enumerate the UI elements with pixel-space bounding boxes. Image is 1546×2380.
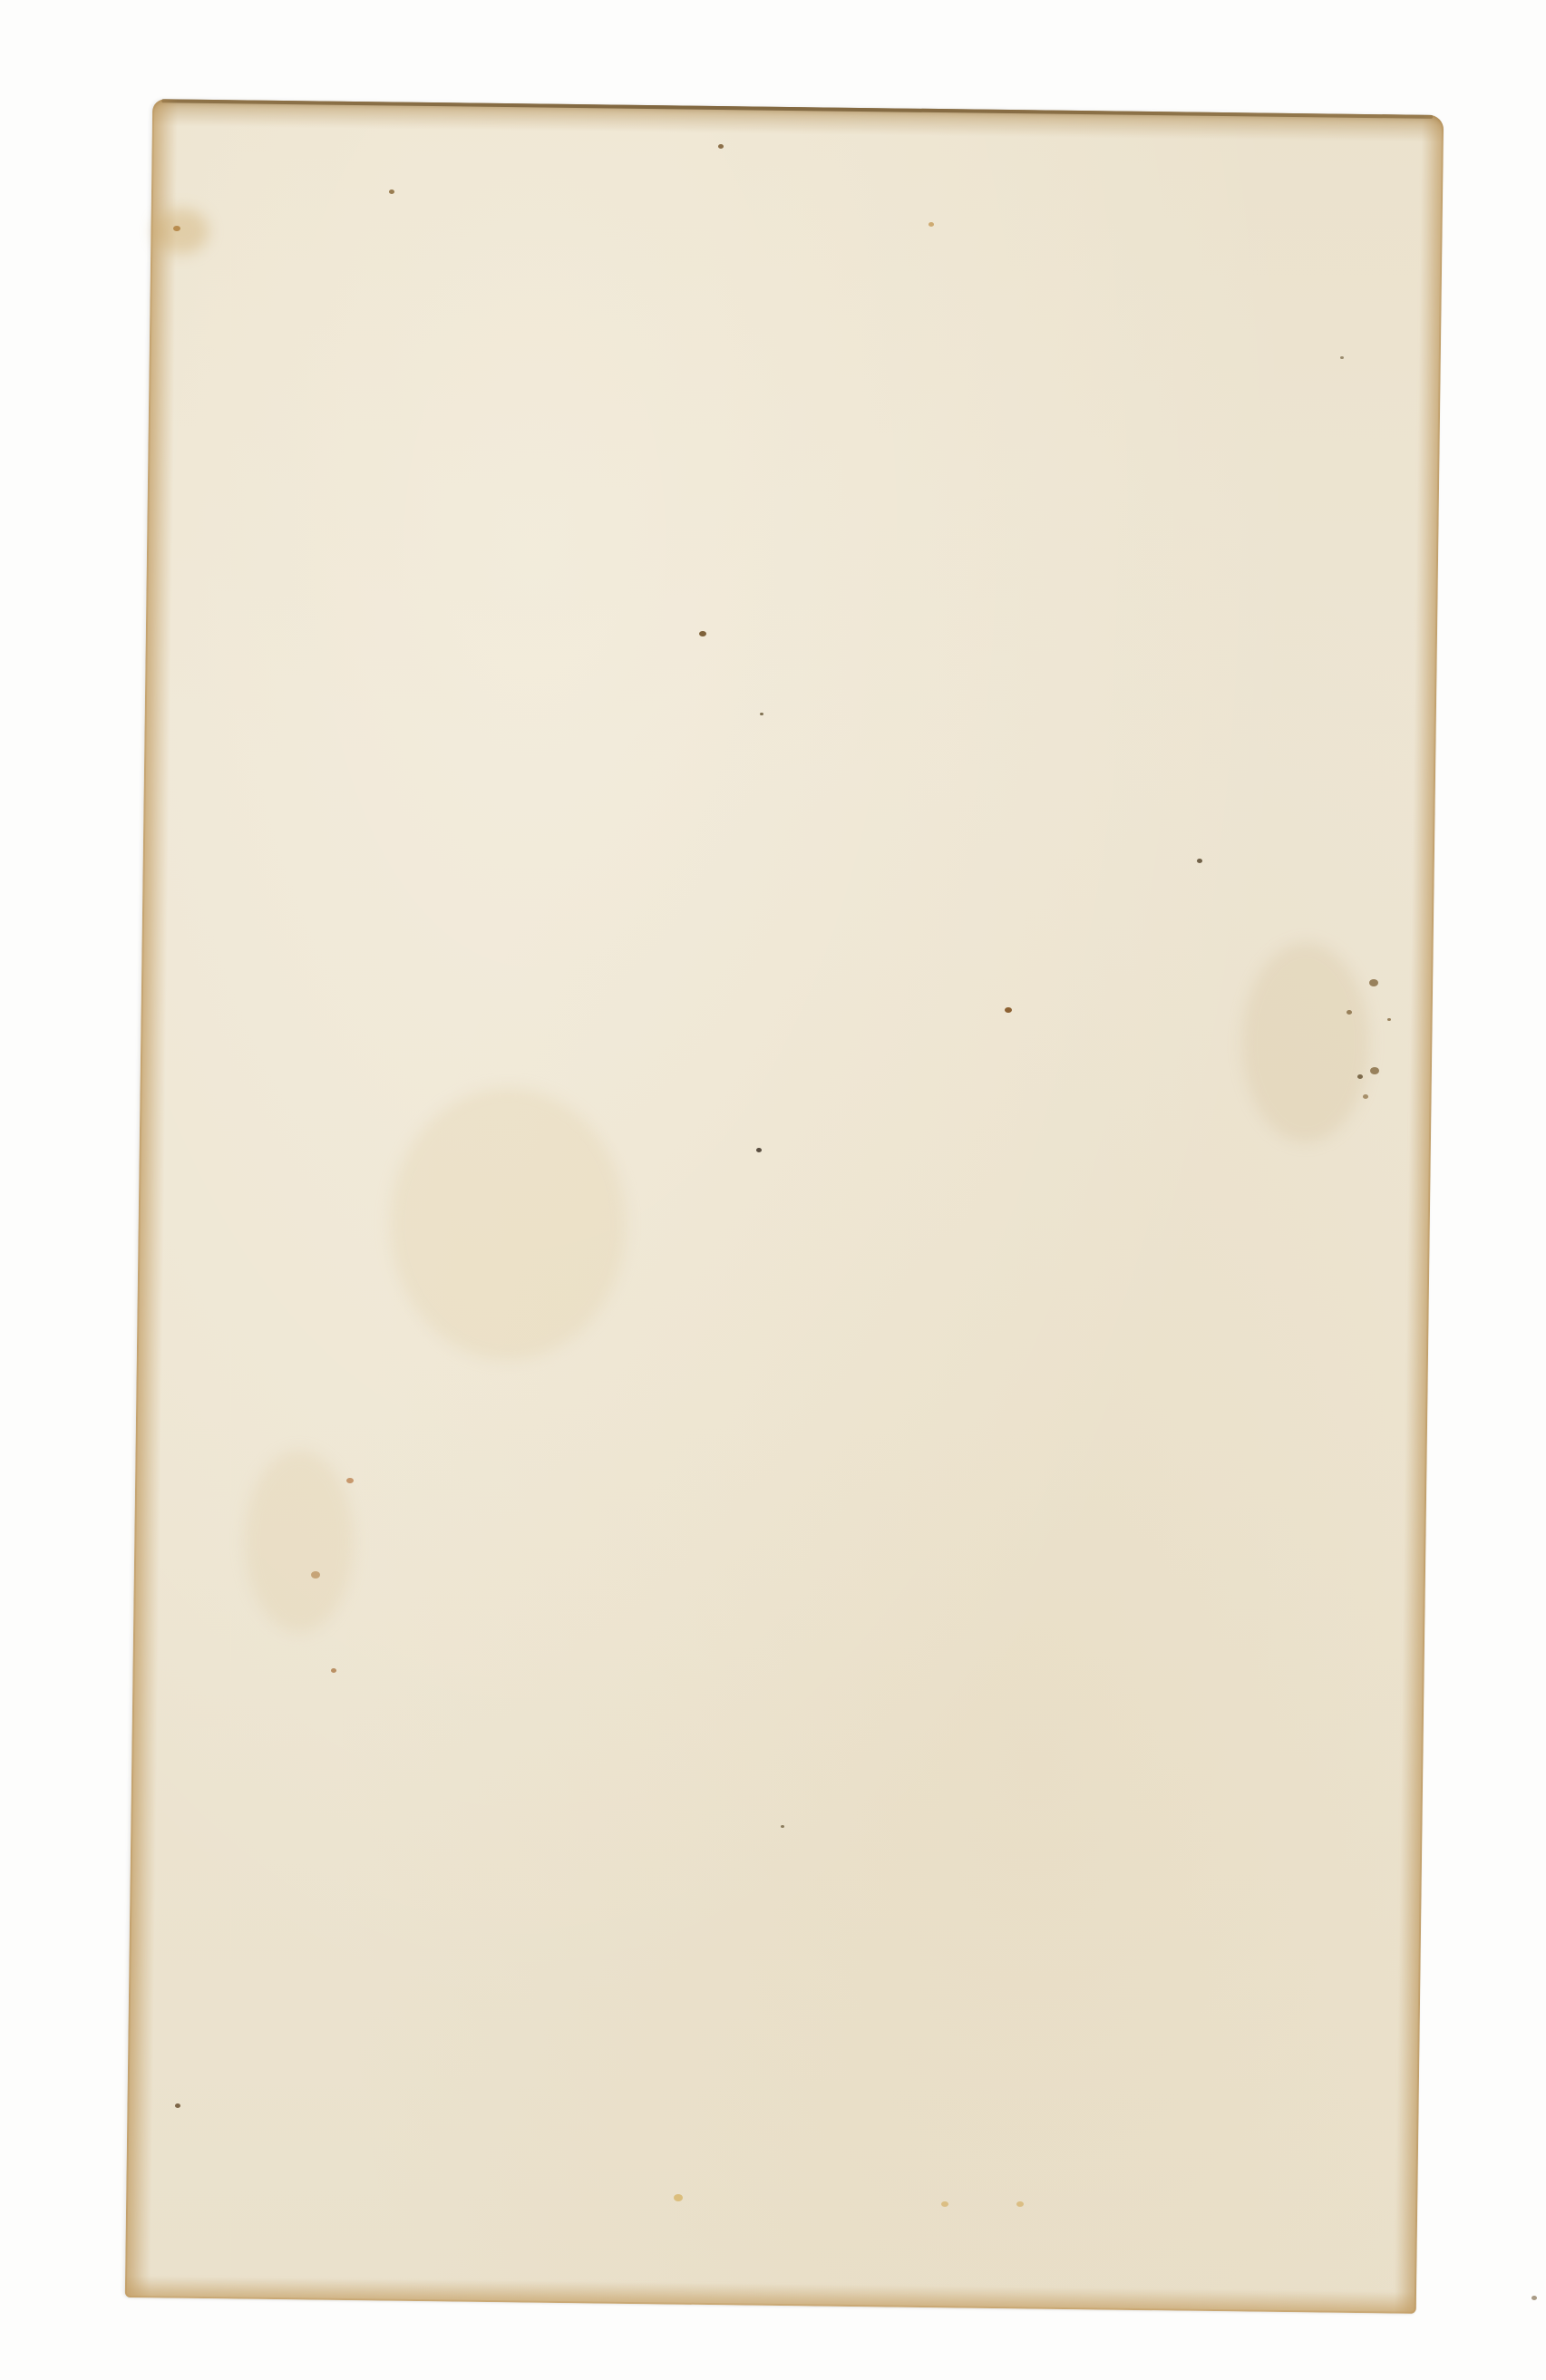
card-edge-toning-bottom — [125, 2276, 1416, 2314]
card-top-rim — [161, 99, 1433, 119]
card-edge-toning-top — [152, 99, 1444, 142]
scanner-background — [0, 0, 1546, 2380]
card-edge-toning-left — [125, 99, 178, 2297]
foxing-spot — [1531, 2296, 1537, 2300]
antique-card-back — [125, 99, 1444, 2314]
card-edge-toning-right — [1395, 115, 1444, 2314]
